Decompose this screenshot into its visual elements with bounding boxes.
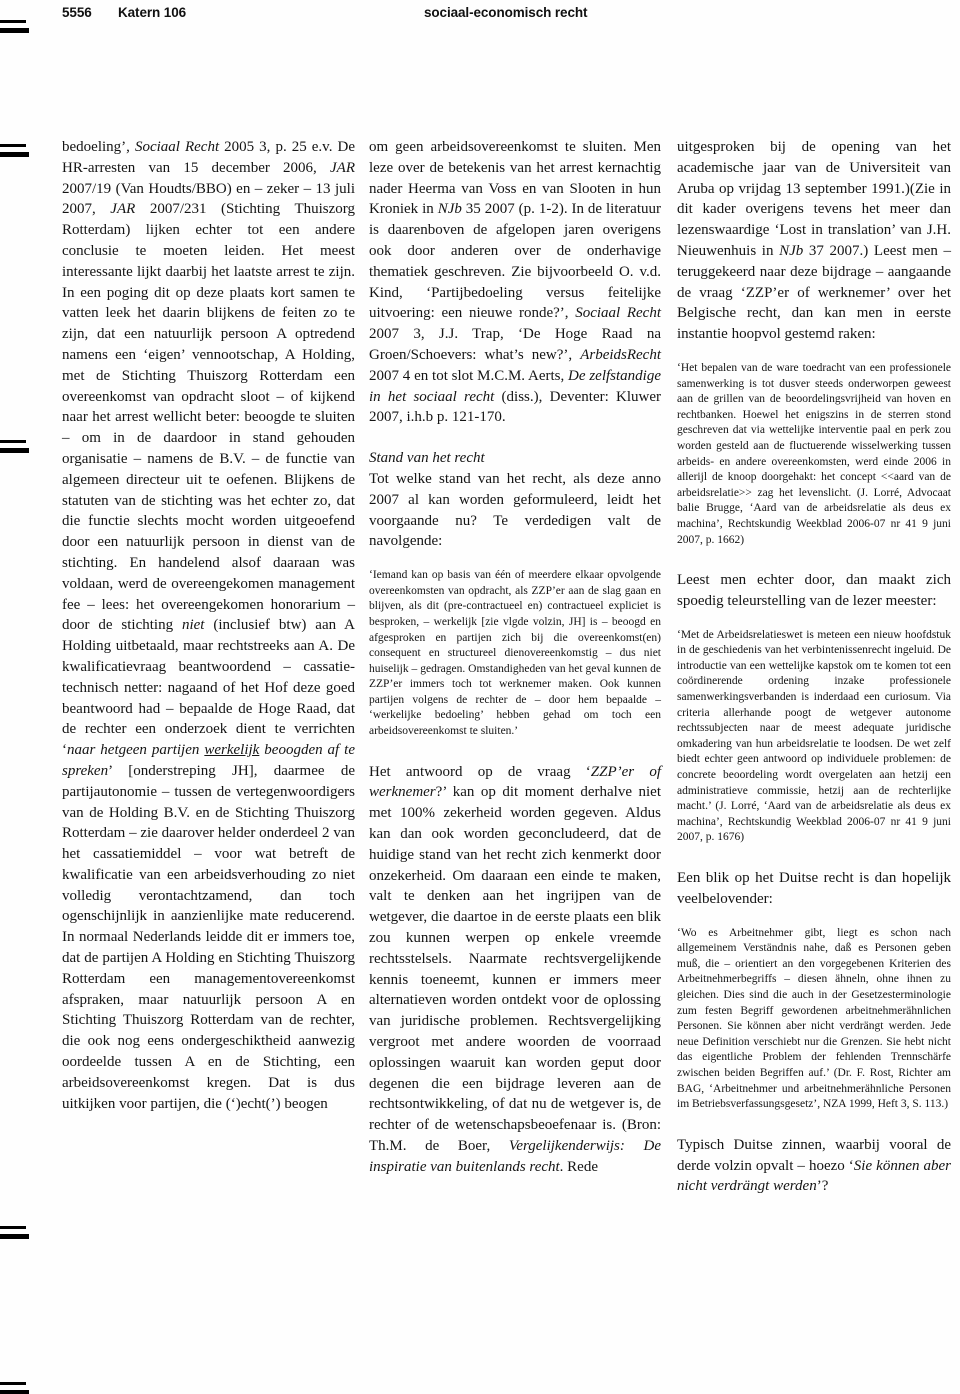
registration-mark-bar xyxy=(0,448,29,453)
section-heading: Stand van het recht xyxy=(369,448,661,469)
registration-mark-bar xyxy=(0,1382,26,1385)
registration-mark-icon xyxy=(0,20,29,33)
text-run: ‘Iemand kan op basis van één of meerdere… xyxy=(369,569,661,737)
text-run: Sociaal Recht xyxy=(135,139,219,155)
text-run: uitgesproken bij de opening van het acad… xyxy=(677,139,951,259)
text-run: Tot welke stand van het recht, als deze … xyxy=(369,471,661,549)
paragraph: Leest men echter door, dan maakt zich sp… xyxy=(677,570,951,612)
text-column-3: uitgesproken bij de opening van het acad… xyxy=(677,137,951,1197)
text-run: JAR xyxy=(330,160,355,176)
text-run: niet xyxy=(182,617,205,633)
text-run: bedoeling’, xyxy=(62,139,135,155)
registration-mark-icon xyxy=(0,1382,29,1394)
paragraph: Tot welke stand van het recht, als deze … xyxy=(369,469,661,552)
text-column-1: bedoeling’, Sociaal Recht 2005 3, p. 25 … xyxy=(62,137,355,1114)
text-run: 35 2007 (p. 1-2). In de literatuur is da… xyxy=(369,201,661,321)
text-run: werkelijk xyxy=(204,742,259,758)
text-run: ?’ kan op dit moment derhalve niet met 1… xyxy=(369,784,661,1154)
text-run: NJb xyxy=(438,201,462,217)
text-run: Een blik op het Duitse recht is dan hope… xyxy=(677,870,951,907)
paragraph: Typisch Duitse zinnen, waarbij vooral de… xyxy=(677,1135,951,1197)
paragraph: om geen arbeidsovereenkomst te sluiten. … xyxy=(369,137,661,428)
block-quote: ‘Iemand kan op basis van één of meerdere… xyxy=(369,568,661,740)
text-run: naar hetgeen partijen xyxy=(67,742,204,758)
registration-mark-bar xyxy=(0,152,29,157)
paragraph: uitgesproken bij de opening van het acad… xyxy=(677,137,951,345)
registration-mark-bar xyxy=(0,1234,29,1239)
text-column-2: om geen arbeidsovereenkomst te sluiten. … xyxy=(369,137,661,1178)
document-page: 5556 Katern 106 sociaal-economisch recht… xyxy=(0,0,960,1394)
registration-mark-icon xyxy=(0,440,29,453)
text-run: NJb xyxy=(779,243,803,259)
text-run: (inclusief btw) aan A Holding uitbetaald… xyxy=(62,617,355,758)
registration-mark-bar xyxy=(0,1226,26,1229)
text-run: Het antwoord op de vraag ‘ xyxy=(369,764,591,780)
text-run: 2007/231 (Stichting Thuiszorg Rotterdam)… xyxy=(62,201,355,633)
text-run: JAR xyxy=(110,201,135,217)
text-run: ArbeidsRecht xyxy=(580,347,661,363)
registration-mark-bar xyxy=(0,28,29,33)
registration-mark-bar xyxy=(0,144,26,147)
text-run: . Rede xyxy=(560,1159,598,1175)
paragraph: Een blik op het Duitse recht is dan hope… xyxy=(677,868,951,910)
paragraph: Het antwoord op de vraag ‘ZZP’er of werk… xyxy=(369,762,661,1178)
text-run: 2007 4 en tot slot M.C.M. Aerts, xyxy=(369,368,568,384)
text-run: ‘Wo es Arbeitnehmer gibt, liegt es schon… xyxy=(677,927,951,1111)
text-run: Leest men echter door, dan maakt zich sp… xyxy=(677,572,951,609)
block-quote: ‘Wo es Arbeitnehmer gibt, liegt es schon… xyxy=(677,926,951,1113)
text-run: ’? xyxy=(817,1178,829,1194)
text-run: Sociaal Recht xyxy=(575,305,661,321)
registration-mark-bar xyxy=(0,440,26,443)
paragraph: bedoeling’, Sociaal Recht 2005 3, p. 25 … xyxy=(62,137,355,1114)
registration-mark-icon xyxy=(0,1226,29,1239)
registration-mark-bar xyxy=(0,1390,29,1394)
section-title: sociaal-economisch recht xyxy=(424,5,587,20)
page-number: 5556 xyxy=(62,5,92,20)
block-quote: ‘Het bepalen van de ware toedracht van e… xyxy=(677,361,951,548)
text-run: ‘Met de Arbeidsrelatieswet is meteen een… xyxy=(677,629,951,844)
text-run: ‘Het bepalen van de ware toedracht van e… xyxy=(677,362,951,546)
registration-mark-icon xyxy=(0,144,29,157)
block-quote: ‘Met de Arbeidsrelatieswet is meteen een… xyxy=(677,628,951,846)
text-run: Stand van het recht xyxy=(369,450,485,466)
text-run: ’ [onderstreping JH], daarmee de partija… xyxy=(62,763,355,1112)
issue-label: Katern 106 xyxy=(118,5,186,20)
registration-mark-bar xyxy=(0,20,26,23)
